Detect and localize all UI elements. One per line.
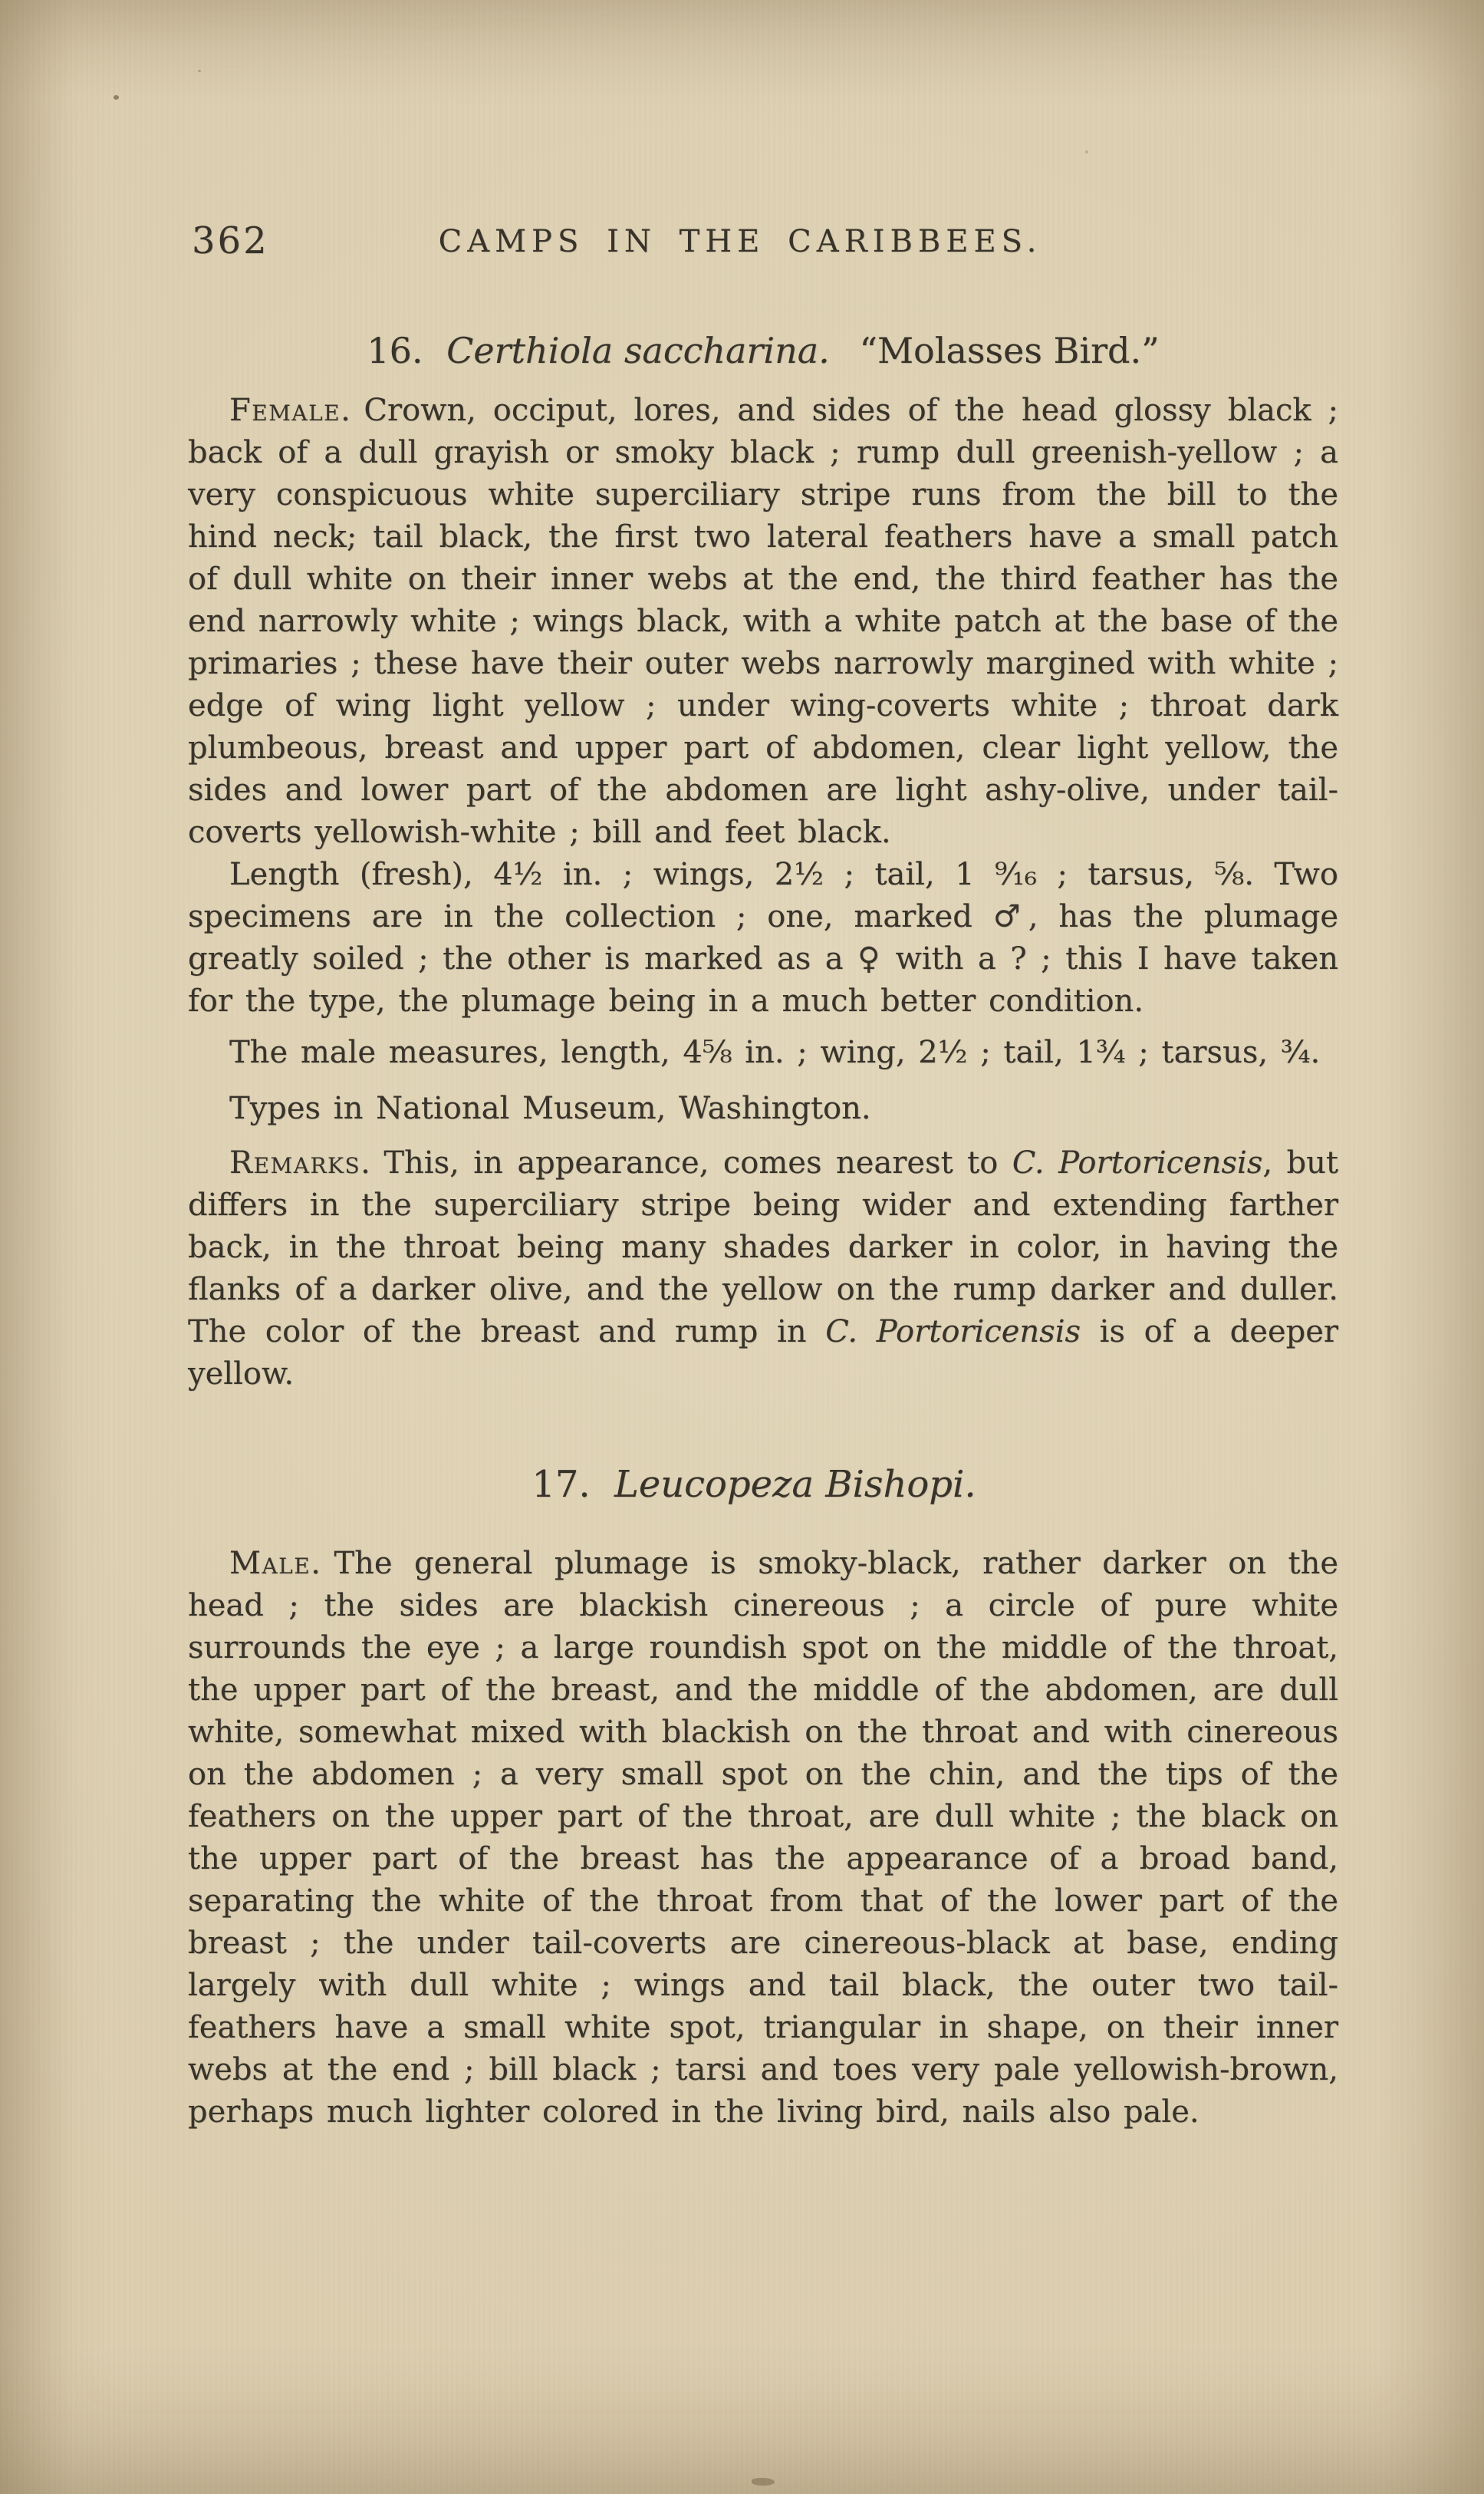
paragraph-types: Types in National Museum, Washington.: [188, 1088, 1338, 1130]
species-name-inline: C. Portoricensis: [1012, 1145, 1263, 1181]
paper-speck: [198, 70, 201, 72]
paragraph-lead-word: Female.: [229, 393, 351, 428]
paper-speck: [752, 2478, 775, 2486]
species-heading-16: 16. Certhiola saccharina. “Molasses Bird…: [188, 330, 1338, 371]
paragraph-remarks: Remarks.This, in appearance, comes neare…: [188, 1142, 1338, 1395]
species-common-name: “Molasses Bird.”: [859, 330, 1159, 371]
species-heading-17: 17. Leucopeza Bishopi.: [188, 1463, 1338, 1506]
paragraph-female-description: Female.Crown, occiput, lores, and sides …: [188, 390, 1338, 854]
text-segment: The male measures, length, 4⅝ in. ; wing…: [229, 1035, 1320, 1070]
running-header-title: CAMPS IN THE CARIBBEES.: [188, 224, 1292, 259]
paragraph-male-measurements: The male measures, length, 4⅝ in. ; wing…: [188, 1032, 1338, 1074]
text-segment: The general plumage is smoky-black, rath…: [188, 1546, 1338, 2130]
paper-speck: [114, 95, 119, 100]
species-number: 16.: [367, 330, 423, 371]
running-header: 362 CAMPS IN THE CARIBBEES.: [188, 224, 1338, 270]
paragraph-lead-word: Remarks.: [229, 1145, 371, 1181]
paragraph-female-measurements: Length (fresh), 4½ in. ; wings, 2½ ; tai…: [188, 854, 1338, 1023]
text-segment: This, in appearance, comes nearest to: [383, 1145, 1012, 1181]
paragraph-lead-word: Male.: [229, 1546, 321, 1581]
book-page: 362 CAMPS IN THE CARIBBEES. 16. Certhiol…: [0, 0, 1484, 2494]
text-segment: Crown, occiput, lores, and sides of the …: [188, 393, 1338, 850]
species-latin-name: Leucopeza Bishopi.: [614, 1463, 976, 1506]
species-name-inline: C. Portoricensis: [825, 1314, 1081, 1349]
paper-speck: [1085, 150, 1088, 153]
species-latin-name: Certhiola saccharina.: [446, 330, 830, 371]
paragraph-male-description: Male.The general plumage is smoky-black,…: [188, 1543, 1338, 2133]
text-segment: Length (fresh), 4½ in. ; wings, 2½ ; tai…: [188, 857, 1338, 1019]
species-number: 17.: [531, 1463, 590, 1506]
text-segment: Types in National Museum, Washington.: [229, 1091, 871, 1126]
